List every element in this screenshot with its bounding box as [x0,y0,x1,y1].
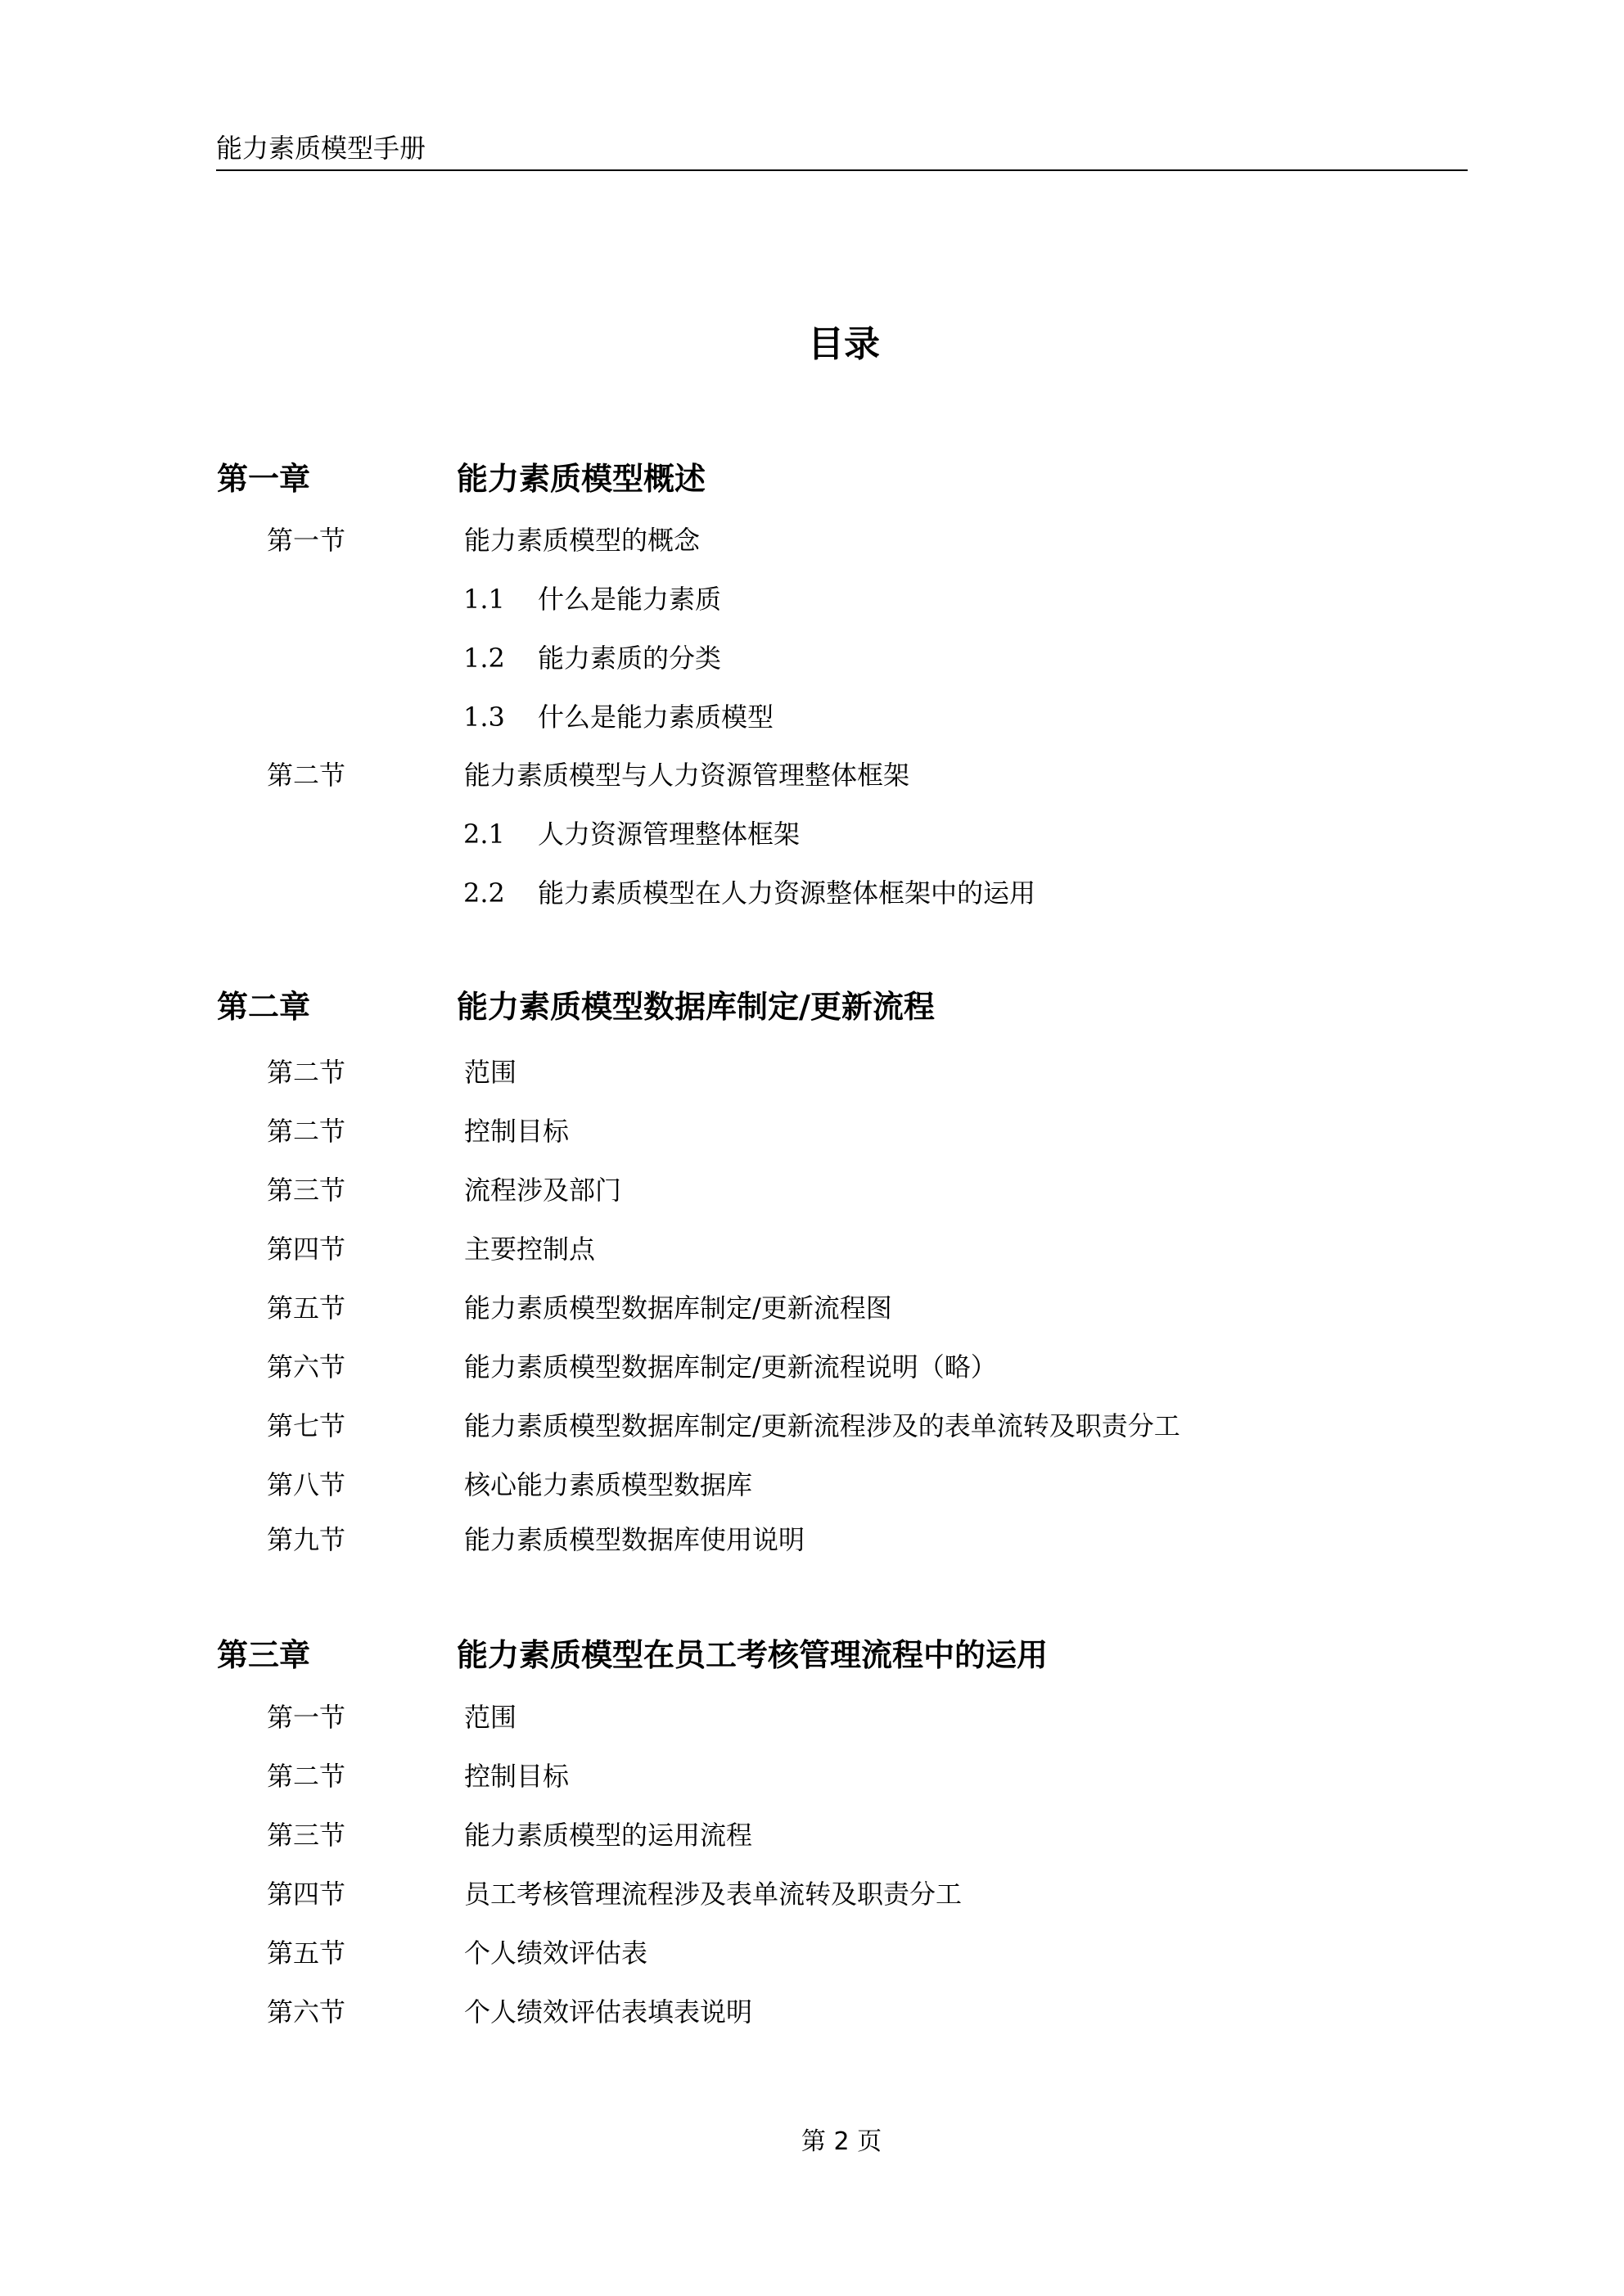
section-label: 第二节 [267,761,345,789]
page-number: 第 2 页 [0,2129,1624,2155]
section-title: 能力素质模型与人力资源管理整体框架 [464,761,909,789]
section-label: 第二节 [267,1117,345,1145]
chapter-label: 第一章 [217,462,310,495]
section-label: 第四节 [267,1880,345,1908]
section-label: 第六节 [267,1353,345,1381]
section-title: 核心能力素质模型数据库 [464,1471,752,1499]
subsection-title: 能力素质模型在人力资源整体框架中的运用 [538,879,1035,907]
running-header-title: 能力素质模型手册 [216,135,426,161]
section-label: 第三节 [267,1821,345,1849]
section-title: 范围 [464,1058,517,1086]
chapter-title: 能力素质模型概述 [457,462,706,495]
section-title: 能力素质模型数据库制定/更新流程涉及的表单流转及职责分工 [464,1412,1180,1440]
subsection-title: 什么是能力素质 [538,585,721,613]
section-label: 第七节 [267,1412,345,1440]
chapter-title: 能力素质模型数据库制定/更新流程 [457,990,935,1023]
header-divider [216,169,1468,171]
section-title: 能力素质模型数据库制定/更新流程图 [464,1294,892,1322]
section-label: 第一节 [267,526,345,554]
section-label: 第九节 [267,1526,345,1554]
subsection-number: 1.2 [463,644,505,672]
section-title: 能力素质模型数据库制定/更新流程说明（略） [464,1353,997,1381]
chapter-label: 第三章 [217,1639,310,1671]
toc-heading: 目录 [0,325,1624,364]
section-label: 第五节 [267,1294,345,1322]
subsection-title: 人力资源管理整体框架 [538,820,800,848]
section-title: 控制目标 [464,1762,569,1790]
section-label: 第四节 [267,1235,345,1263]
chapter-label: 第二章 [217,990,310,1023]
section-title: 能力素质模型的概念 [464,526,700,554]
section-label: 第三节 [267,1176,345,1204]
section-title: 能力素质模型数据库使用说明 [464,1526,805,1554]
section-label: 第六节 [267,1998,345,2026]
subsection-title: 什么是能力素质模型 [538,703,774,731]
section-title: 个人绩效评估表 [464,1939,647,1967]
section-title: 控制目标 [464,1117,569,1145]
subsection-number: 1.3 [463,703,505,731]
document-page: 能力素质模型手册 目录 第一章 能力素质模型概述 第一节 能力素质模型的概念 1… [0,0,1624,2296]
section-label: 第五节 [267,1939,345,1967]
subsection-title: 能力素质的分类 [538,644,721,672]
section-label: 第一节 [267,1703,345,1731]
section-title: 范围 [464,1703,517,1731]
section-label: 第二节 [267,1058,345,1086]
section-title: 能力素质模型的运用流程 [464,1821,752,1849]
section-title: 员工考核管理流程涉及表单流转及职责分工 [464,1880,962,1908]
subsection-number: 2.1 [463,820,505,848]
section-title: 个人绩效评估表填表说明 [464,1998,752,2026]
subsection-number: 2.2 [463,879,505,907]
subsection-number: 1.1 [463,585,505,613]
section-label: 第八节 [267,1471,345,1499]
section-title: 主要控制点 [464,1235,595,1263]
section-label: 第二节 [267,1762,345,1790]
section-title: 流程涉及部门 [464,1176,621,1204]
chapter-title: 能力素质模型在员工考核管理流程中的运用 [457,1639,1048,1671]
